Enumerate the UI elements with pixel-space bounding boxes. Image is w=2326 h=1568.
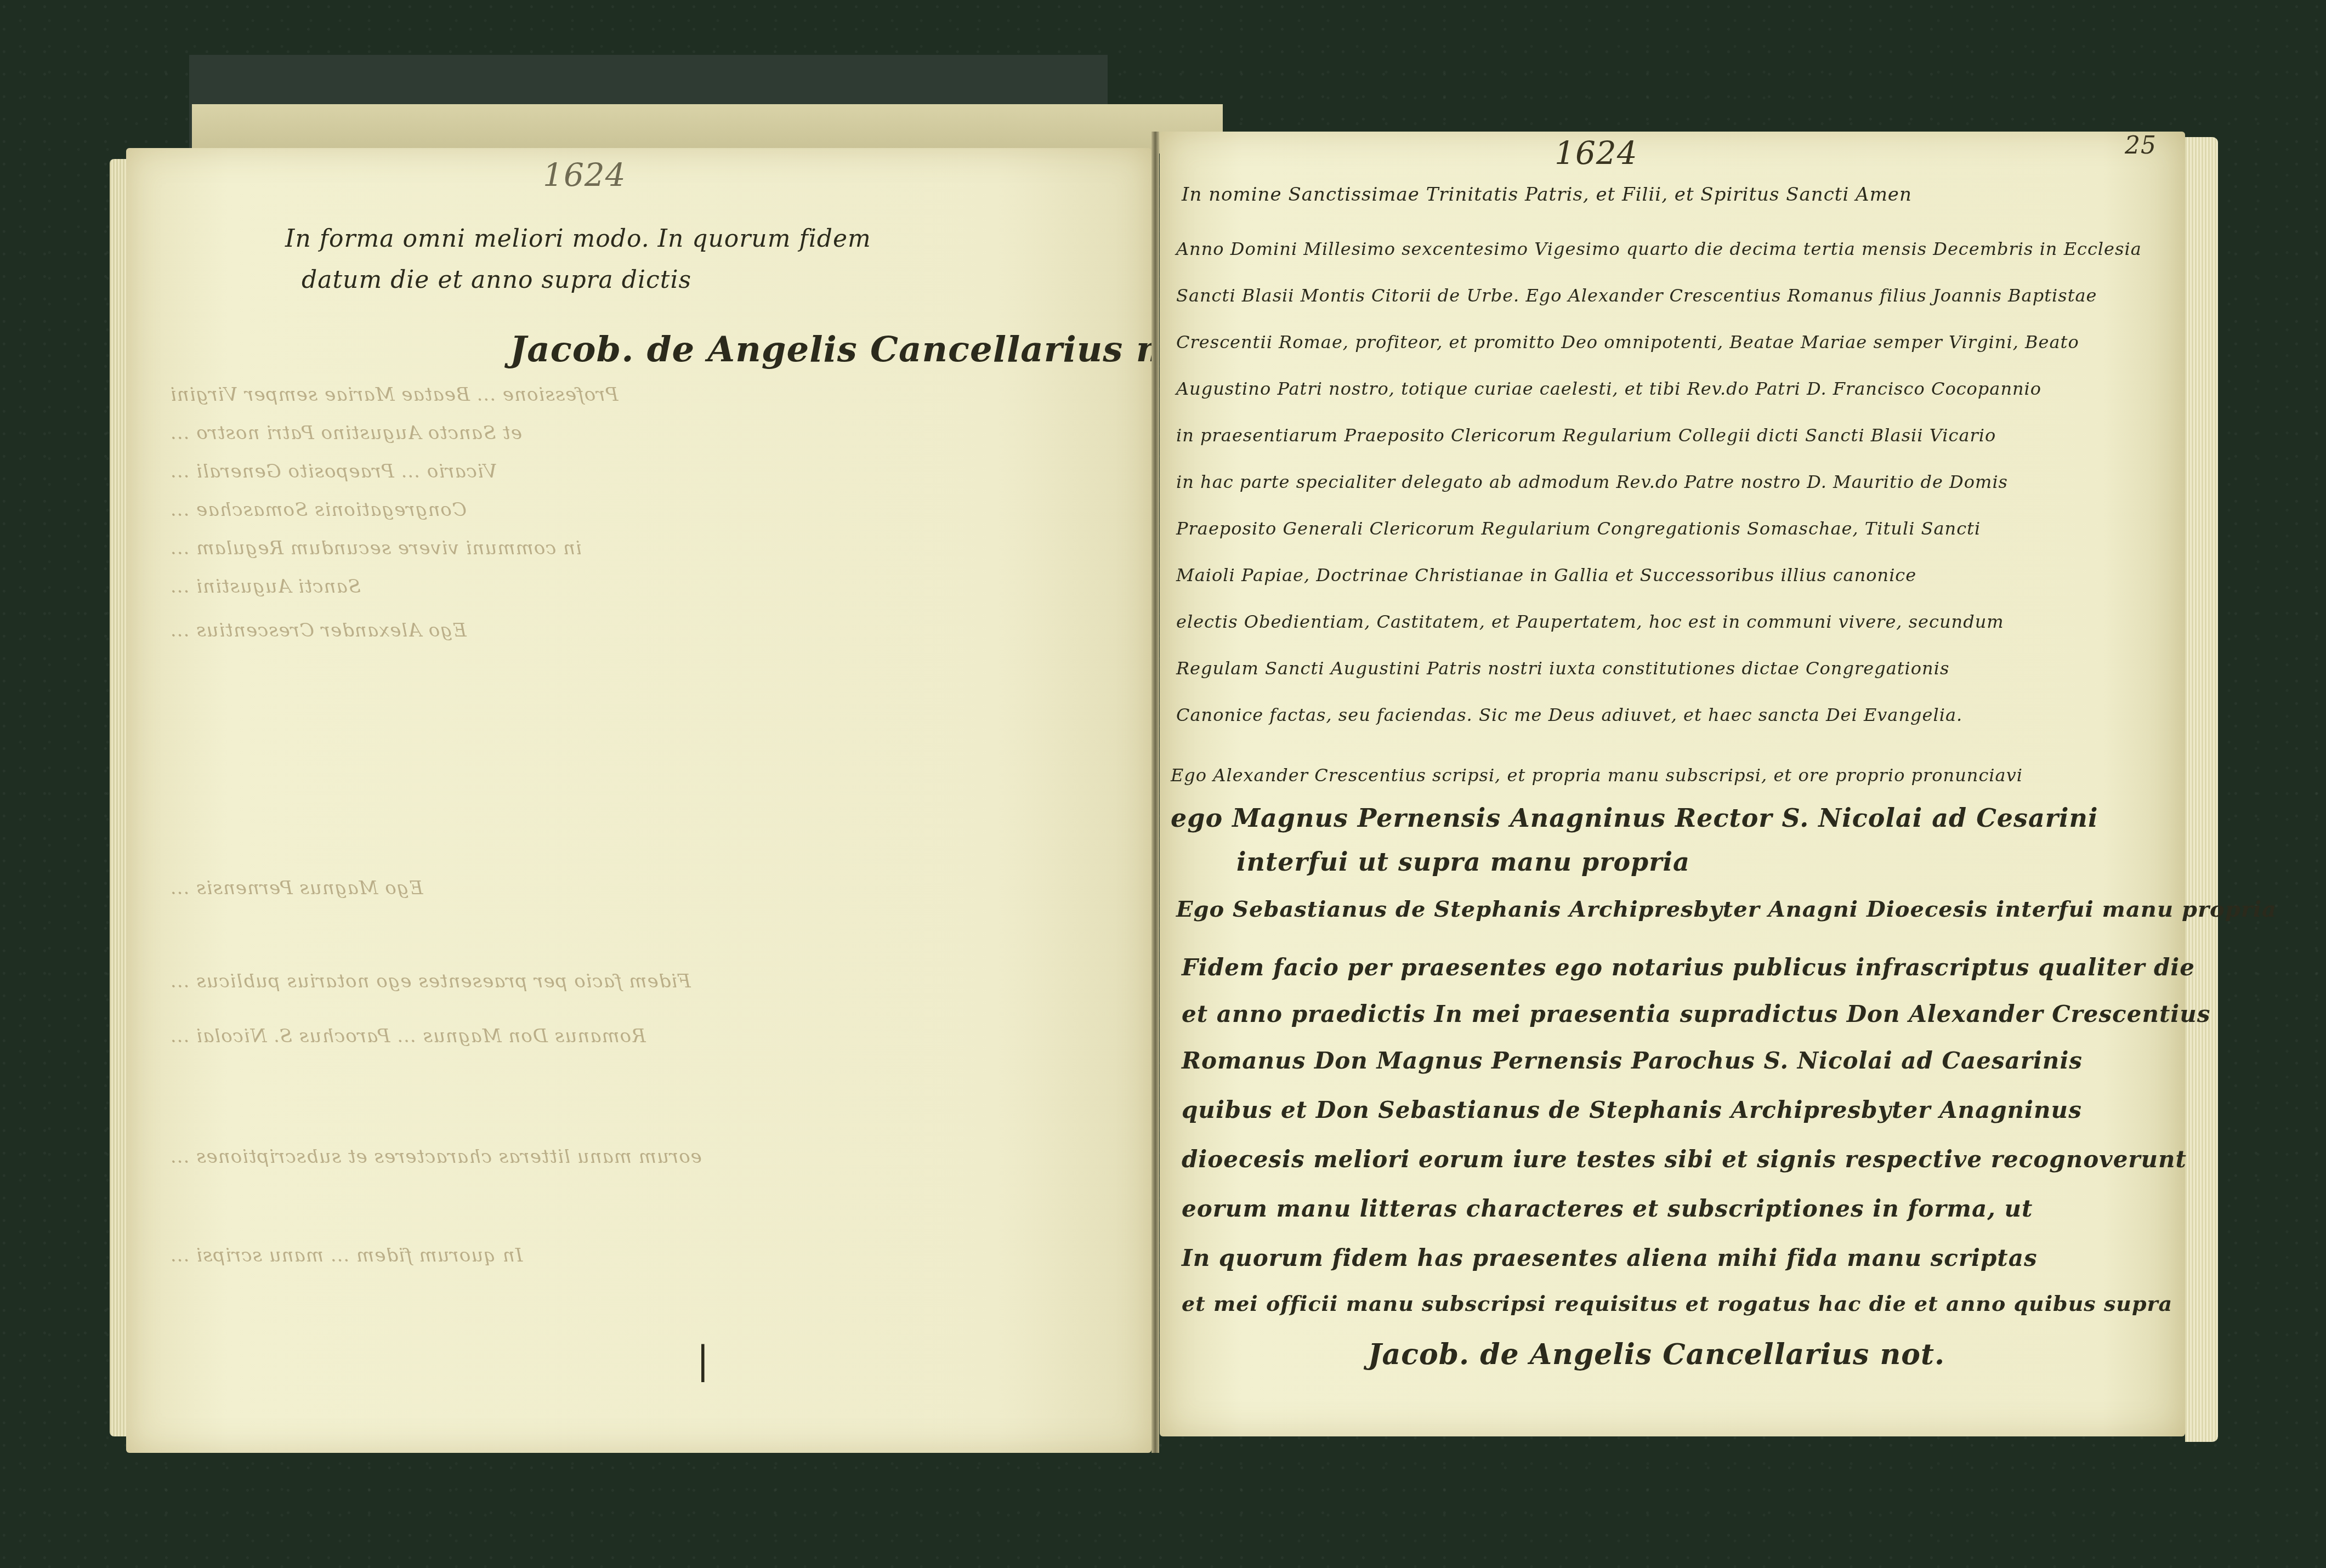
profession-line: in hac parte specialiter delegato ab adm… — [1176, 471, 2008, 492]
right-header-number: 1624 — [1555, 134, 1638, 172]
profession-line: Praeposito Generali Clericorum Regulariu… — [1176, 518, 1981, 539]
attestation-line: Fidem facio per praesentes ego notarius … — [1182, 954, 2195, 981]
left-closing-line: datum die et anno supra dictis — [302, 266, 691, 294]
attestation-line: eorum manu litteras characteres et subsc… — [1182, 1195, 2033, 1222]
attestation-line: quibus et Don Sebastianus de Stephanis A… — [1182, 1097, 2082, 1123]
subscription-crescentius: Ego Alexander Crescentius scripsi, et pr… — [1171, 765, 2023, 786]
bleed-through-line: Fidem facio per praesentes ego notarius … — [170, 970, 691, 992]
bleed-through-line: eorum manu litteras characteres et subsc… — [170, 1146, 702, 1168]
profession-line: Maioli Papiae, Doctrinae Christianae in … — [1176, 565, 1916, 586]
open-book: 1624 Professione ... Beatae Mariae sempe… — [110, 99, 2292, 1480]
profession-line: Crescentii Romae, profiteor, et promitto… — [1176, 332, 2079, 353]
bleed-through-line: Professione ... Beatae Mariae semper Vir… — [170, 384, 619, 406]
margin-mark: | — [696, 1338, 710, 1383]
attestation-line: Romanus Don Magnus Pernensis Parochus S.… — [1182, 1047, 2083, 1074]
bleed-through-line: Romanus Don Magnus ... Parochus S. Nicol… — [170, 1025, 646, 1047]
book-gutter — [1151, 132, 1159, 1453]
left-header-number: 1624 — [543, 156, 626, 194]
right-page-edges — [2185, 137, 2218, 1442]
profession-line: Regulam Sancti Augustini Patris nostri i… — [1176, 658, 1949, 679]
bleed-through-line: et Sancto Augustino Patri nostro ... — [170, 422, 522, 444]
attestation-line: et mei officii manu subscripsi requisitu… — [1182, 1291, 2172, 1316]
subscription-pernensis: ego Magnus Pernensis Anagninus Rector S.… — [1171, 803, 2098, 833]
bleed-through-line: Vicario ... Praeposito Generali ... — [170, 461, 497, 482]
subscription-stephanis: Ego Sebastianus de Stephanis Archipresby… — [1176, 896, 2277, 922]
profession-line: Anno Domini Millesimo sexcentesimo Viges… — [1176, 238, 2142, 259]
profession-line: Sancti Blasii Montis Citorii de Urbe. Eg… — [1176, 285, 2097, 306]
bleed-through-line: In quorum fidem ... manu scripsi ... — [170, 1245, 523, 1266]
left-notary-signature: Jacob. de Angelis Cancellarius not. — [510, 329, 1216, 370]
attestation-line: dioecesis meliori eorum iure testes sibi… — [1182, 1146, 2187, 1173]
left-closing-line: In forma omni meliori modo. In quorum fi… — [285, 225, 871, 253]
attestation-line: In quorum fidem has praesentes aliena mi… — [1182, 1245, 2038, 1271]
profession-line: electis Obedientiam, Castitatem, et Paup… — [1176, 611, 2004, 632]
right-notary-signature: Jacob. de Angelis Cancellarius not. — [1368, 1338, 1945, 1371]
folio-number: 25 — [2125, 132, 2157, 160]
profession-line: Augustino Patri nostro, totique curiae c… — [1176, 378, 2041, 399]
attestation-line: et anno praedictis In mei praesentia sup… — [1182, 1001, 2210, 1027]
folded-page-top — [192, 104, 1223, 154]
bleed-through-line: Ego Magnus Pernensis ... — [170, 877, 423, 899]
left-page: 1624 Professione ... Beatae Mariae sempe… — [126, 148, 1151, 1453]
bleed-through-line: Sancti Augustini ... — [170, 576, 361, 598]
profession-line: Canonice factas, seu faciendas. Sic me D… — [1176, 705, 1962, 725]
right-page: 1624 25 In nomine Sanctissimae Trinitati… — [1160, 132, 2185, 1436]
invocation-line: In nomine Sanctissimae Trinitatis Patris… — [1182, 184, 1912, 206]
subscription-pernensis-cont: interfui ut supra manu propria — [1236, 847, 1690, 877]
bleed-through-line: Ego Alexander Crescentius ... — [170, 620, 467, 641]
bleed-through-line: in communi vivere secundum Regulam ... — [170, 537, 582, 559]
bleed-through-line: Congregationis Somaschae ... — [170, 499, 467, 521]
profession-line: in praesentiarum Praeposito Clericorum R… — [1176, 425, 1996, 446]
